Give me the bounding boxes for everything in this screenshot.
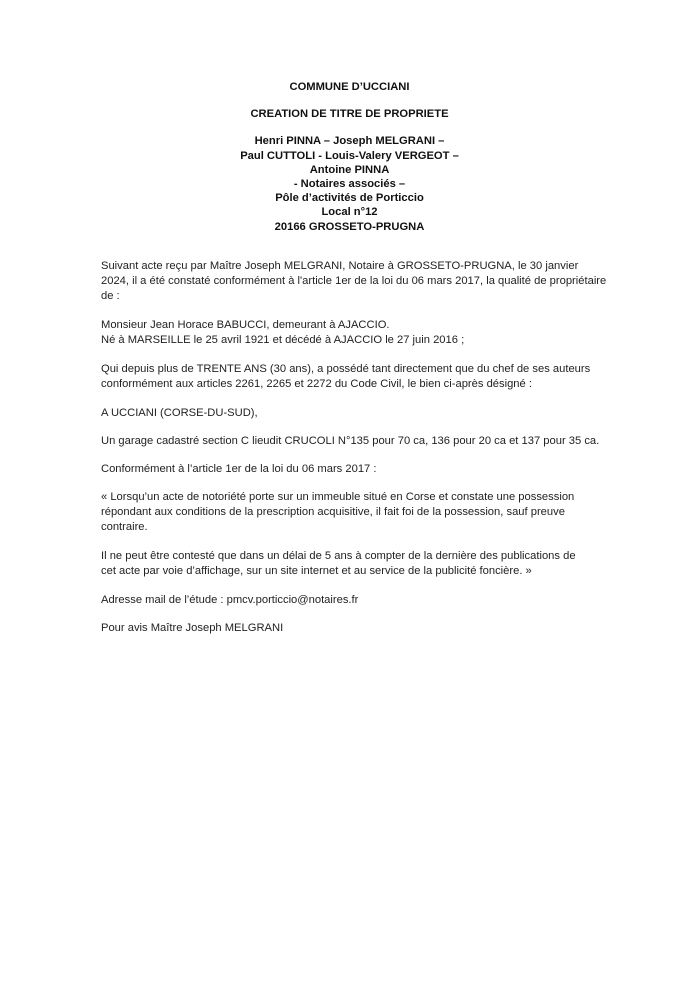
notaires-line: Paul CUTTOLI - Louis-Valery VERGEOT – [0,149,699,163]
notaires-line: Henri PINNA – Joseph MELGRANI – [0,134,699,148]
paragraph-signature: Pour avis Maître Joseph MELGRANI [101,621,611,636]
paragraph-lieu: A UCCIANI (CORSE-DU-SUD), [101,406,611,421]
commune-title: COMMUNE D’UCCIANI [0,80,699,94]
paragraph-citation: « Lorsqu’un acte de notoriété porte sur … [101,490,611,535]
paragraph-loi: Conformément à l’article 1er de la loi d… [101,462,611,477]
paragraph-email: Adresse mail de l’étude : pmcv.porticcio… [101,593,611,608]
address-line: 20166 GROSSETO-PRUGNA [0,220,699,234]
document-header: COMMUNE D’UCCIANI CREATION DE TITRE DE P… [0,80,699,234]
document-body: Suivant acte reçu par Maître Joseph MELG… [101,259,611,649]
paragraph-acte: Suivant acte reçu par Maître Joseph MELG… [101,259,611,304]
paragraph-bien: Un garage cadastré section C lieudit CRU… [101,434,611,449]
document-page: COMMUNE D’UCCIANI CREATION DE TITRE DE P… [0,0,699,989]
paragraph-possession: Qui depuis plus de TRENTE ANS (30 ans), … [101,362,611,392]
document-title: CREATION DE TITRE DE PROPRIETE [0,107,699,121]
paragraph-delai: Il ne peut être contesté que dans un dél… [101,549,611,579]
address-line: Local n°12 [0,205,699,219]
notaires-associes: - Notaires associés – [0,177,699,191]
notaires-line: Antoine PINNA [0,163,699,177]
paragraph-proprietaire: Monsieur Jean Horace BABUCCI, demeurant … [101,318,611,348]
address-line: Pôle d’activités de Porticcio [0,191,699,205]
